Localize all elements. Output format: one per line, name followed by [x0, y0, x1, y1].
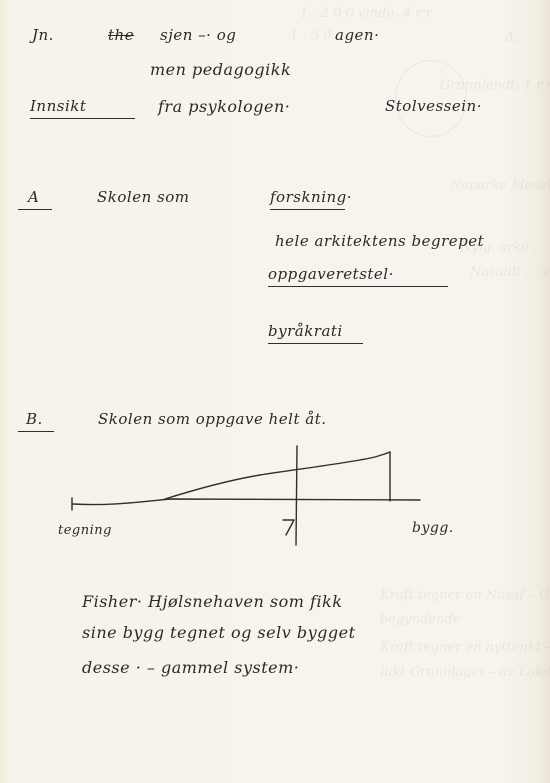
diagram-baseline — [72, 499, 420, 505]
diagram-marker-line — [296, 446, 297, 545]
notes-line3: desse · – gammel system· — [82, 658, 299, 677]
notes-line1: Fisher· Hjølsnehaven som fikk — [82, 592, 342, 611]
diagram-right-label: bygg. — [412, 520, 454, 536]
notebook-page: 1 : 2 0 0 vindu. 4 r r A. 1 : 5 0 · · Gr… — [0, 0, 550, 783]
diagram-rising-curve — [165, 452, 390, 499]
diagram-left-label: tegning — [58, 523, 112, 538]
notes-line2: sine bygg tegnet og selv bygget — [82, 623, 356, 642]
arrow-icon — [283, 520, 294, 535]
